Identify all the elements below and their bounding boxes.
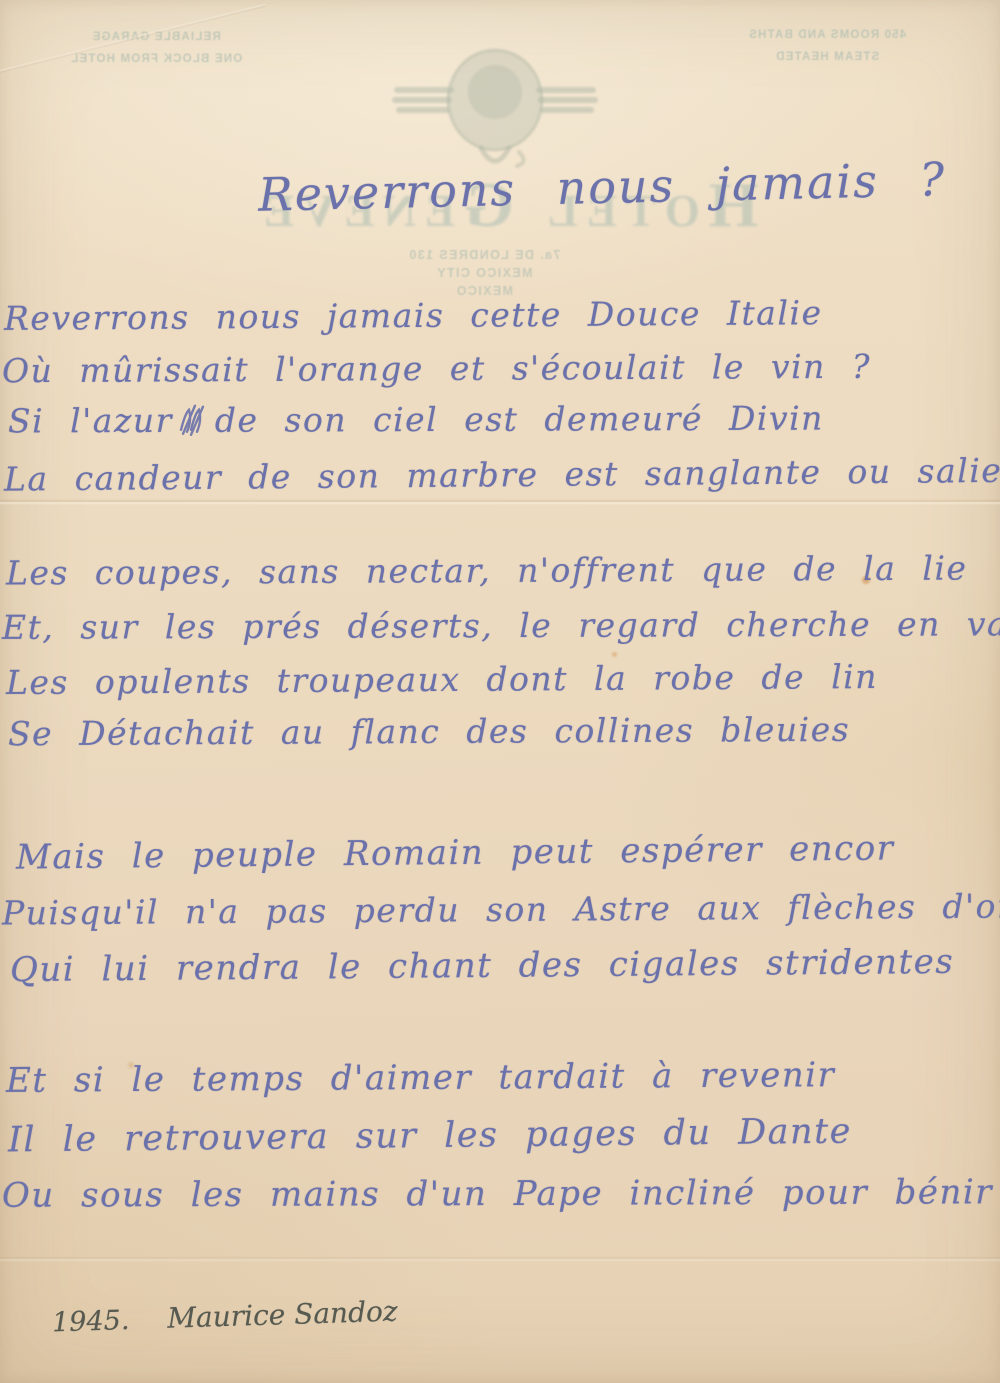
letterhead-address-line: 7a. DE LONDRES 130 <box>408 246 560 264</box>
poem-line: Les opulents troupeaux dont la robe de l… <box>6 657 878 702</box>
scribble-strikethrough-icon <box>175 404 211 446</box>
signature-block: 1945. Maurice Sandoz <box>52 1295 399 1339</box>
letterhead-address: 7a. DE LONDRES 130 MEXICO CITY MEXICO <box>408 246 560 300</box>
signature-name: Maurice Sandoz <box>167 1295 398 1335</box>
poem-line: Il le retrouvera sur les pages du Dante <box>8 1112 852 1161</box>
poem-line: Qui lui rendra le chant des cigales stri… <box>10 942 955 990</box>
poem-line: Se Détachait au flanc des collines bleui… <box>8 710 850 753</box>
poem-line: Où mûrissait l'orange et s'écoulait le v… <box>2 347 871 391</box>
paper-stain <box>612 652 617 657</box>
poem-line: Puisqu'il n'a pas perdu son Astre aux fl… <box>2 886 1000 932</box>
poem-line: Mais le peuple Romain peut espérer encor <box>16 828 895 877</box>
letterhead-address-line: MEXICO CITY <box>408 264 560 282</box>
poem-line: La candeur de son marbre est sanglante o… <box>4 450 1000 498</box>
poem-line: Et si le temps d'aimer tardait à revenir <box>6 1055 836 1101</box>
fold-crease <box>0 1256 1000 1262</box>
fold-crease <box>0 499 1000 505</box>
poem-line: Et, sur les prés déserts, le regard cher… <box>2 604 1000 647</box>
letterhead-garage-line: ONE BLOCK FROM HOTEL <box>70 48 242 70</box>
poem-title: Reverrons nous jamais ? <box>257 152 946 222</box>
poem-line-fragment: de son ciel est demeuré Divin <box>215 399 824 440</box>
letter-page: RELIABLE GARAGE ONE BLOCK FROM HOTEL 450… <box>0 0 1000 1383</box>
letterhead-rooms-line: 450 ROOMS AND BATHS <box>748 24 906 46</box>
letterhead-top-right: 450 ROOMS AND BATHS STEAM HEATED <box>748 24 906 69</box>
poem-line: Si l'azur de son ciel est demeuré Divin <box>8 399 824 447</box>
poem-line: Les coupes, sans nectar, n'offrent que d… <box>6 548 968 592</box>
letterhead-rooms-line: STEAM HEATED <box>748 46 906 68</box>
signature-year: 1945. <box>52 1305 130 1338</box>
poem-line: Ou sous les mains d'un Pape incliné pour… <box>2 1172 993 1215</box>
poem-line-fragment: Si l'azur <box>8 401 173 441</box>
poem-line: Reverrons nous jamais cette Douce Italie <box>4 293 823 338</box>
